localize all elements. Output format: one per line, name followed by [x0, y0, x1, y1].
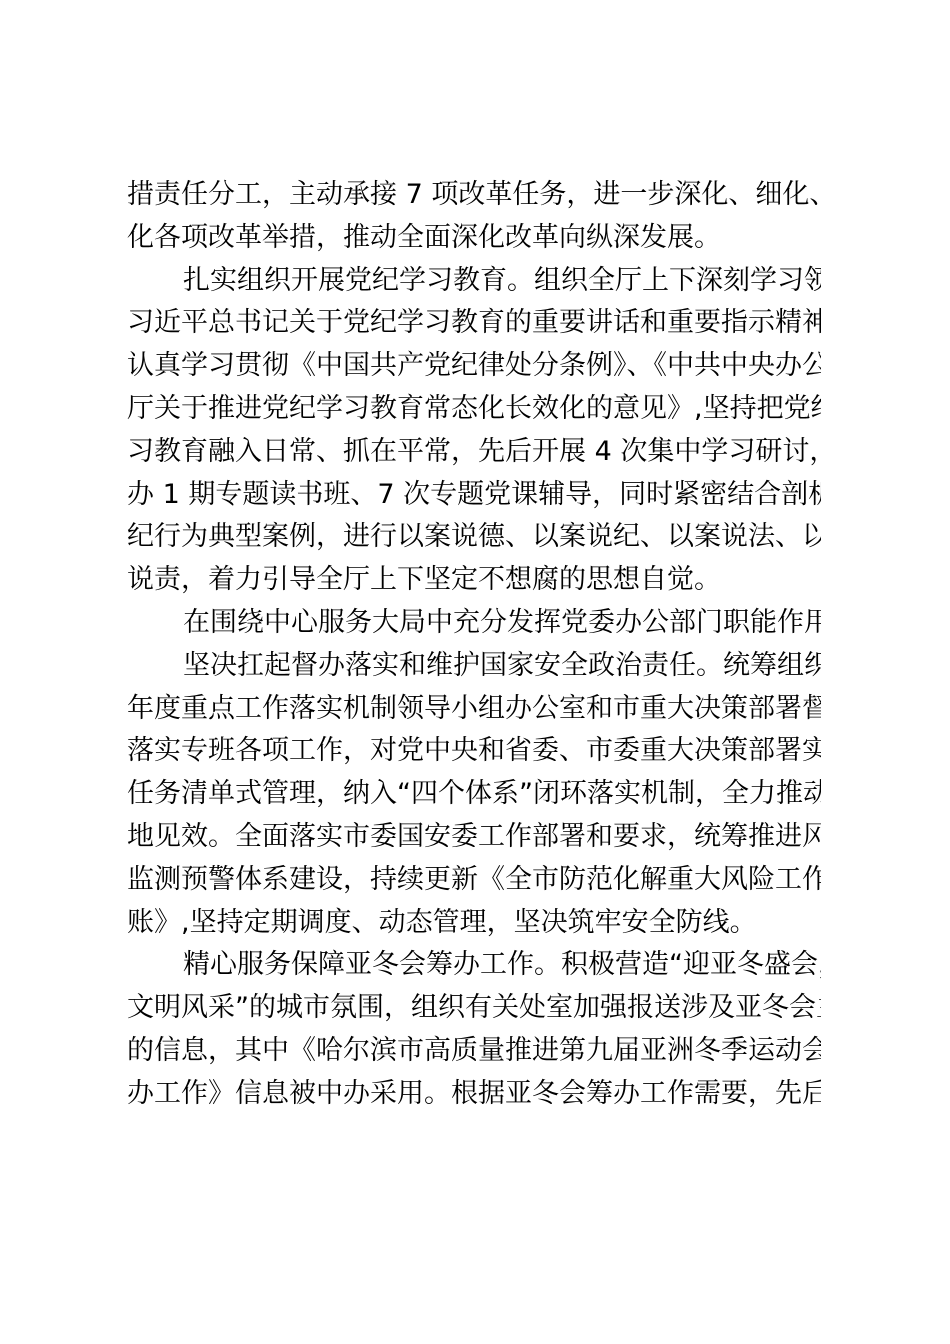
text-line: 认真学习贯彻《中国共产党纪律处分条例》、《中共中央办公	[127, 345, 821, 388]
text-line: 化各项改革举措，推动全面深化改革向纵深发展。	[127, 217, 821, 260]
text-line: 年度重点工作落实机制领导小组办公室和市重大决策部署督办	[127, 688, 821, 731]
text-line: 习近平总书记关于党纪学习教育的重要讲话和重要指示精神，	[127, 302, 821, 345]
text-line: 账》,坚持定期调度、动态管理，坚决筑牢安全防线。	[127, 902, 821, 945]
paragraph-asian-winter-games: 精心服务保障亚冬会筹办工作。积极营造“迎亚冬盛会，展 文明风采”的城市氛围，组织…	[127, 944, 821, 1115]
text-line: 精心服务保障亚冬会筹办工作。积极营造“迎亚冬盛会，展	[127, 944, 821, 987]
text-line: 习教育融入日常、抓在平常，先后开展 4 次集中学习研讨，举	[127, 431, 821, 474]
text-line: 说责，着力引导全厅上下坚定不想腐的思想自觉。	[127, 559, 821, 602]
paragraph-continuation: 措责任分工，主动承接 7 项改革任务，进一步深化、细化、实 化各项改革举措，推动…	[127, 174, 821, 260]
text-line: 的信息，其中《哈尔滨市高质量推进第九届亚洲冬季运动会筹	[127, 1030, 821, 1073]
text-line: 厅关于推进党纪学习教育常态化长效化的意见》,坚持把党纪学	[127, 388, 821, 431]
text-line: 坚决扛起督办落实和维护国家安全政治责任。统筹组织市	[127, 645, 821, 688]
text-line: 办工作》信息被中办采用。根据亚冬会筹办工作需要，先后服	[127, 1073, 821, 1116]
text-line: 纪行为典型案例，进行以案说德、以案说纪、以案说法、以案	[127, 516, 821, 559]
text-line: 地见效。全面落实市委国安委工作部署和要求，统筹推进风险	[127, 816, 821, 859]
text-line: 文明风采”的城市氛围，组织有关处室加强报送涉及亚冬会主题	[127, 987, 821, 1030]
text-line: 措责任分工，主动承接 7 项改革任务，进一步深化、细化、实	[127, 174, 821, 217]
text-line: 落实专班各项工作，对党中央和省委、市委重大决策部署实施	[127, 730, 821, 773]
text-line: 扎实组织开展党纪学习教育。组织全厅上下深刻学习领会	[127, 260, 821, 303]
paragraph-party-discipline-education: 扎实组织开展党纪学习教育。组织全厅上下深刻学习领会 习近平总书记关于党纪学习教育…	[127, 260, 821, 602]
section-heading: 在围绕中心服务大局中充分发挥党委办公部门职能作用	[127, 602, 821, 645]
text-line: 监测预警体系建设，持续更新《全市防范化解重大风险工作台	[127, 859, 821, 902]
paragraph-supervision-security: 坚决扛起督办落实和维护国家安全政治责任。统筹组织市 年度重点工作落实机制领导小组…	[127, 645, 821, 945]
text-line: 办 1 期专题读书班、7 次专题党课辅导，同时紧密结合剖析违	[127, 474, 821, 517]
text-line: 任务清单式管理，纳入“四个体系”闭环落实机制，全力推动落	[127, 773, 821, 816]
heading-text: 在围绕中心服务大局中充分发挥党委办公部门职能作用	[127, 602, 821, 645]
document-page: 措责任分工，主动承接 7 项改革任务，进一步深化、细化、实 化各项改革举措，推动…	[127, 174, 821, 1116]
